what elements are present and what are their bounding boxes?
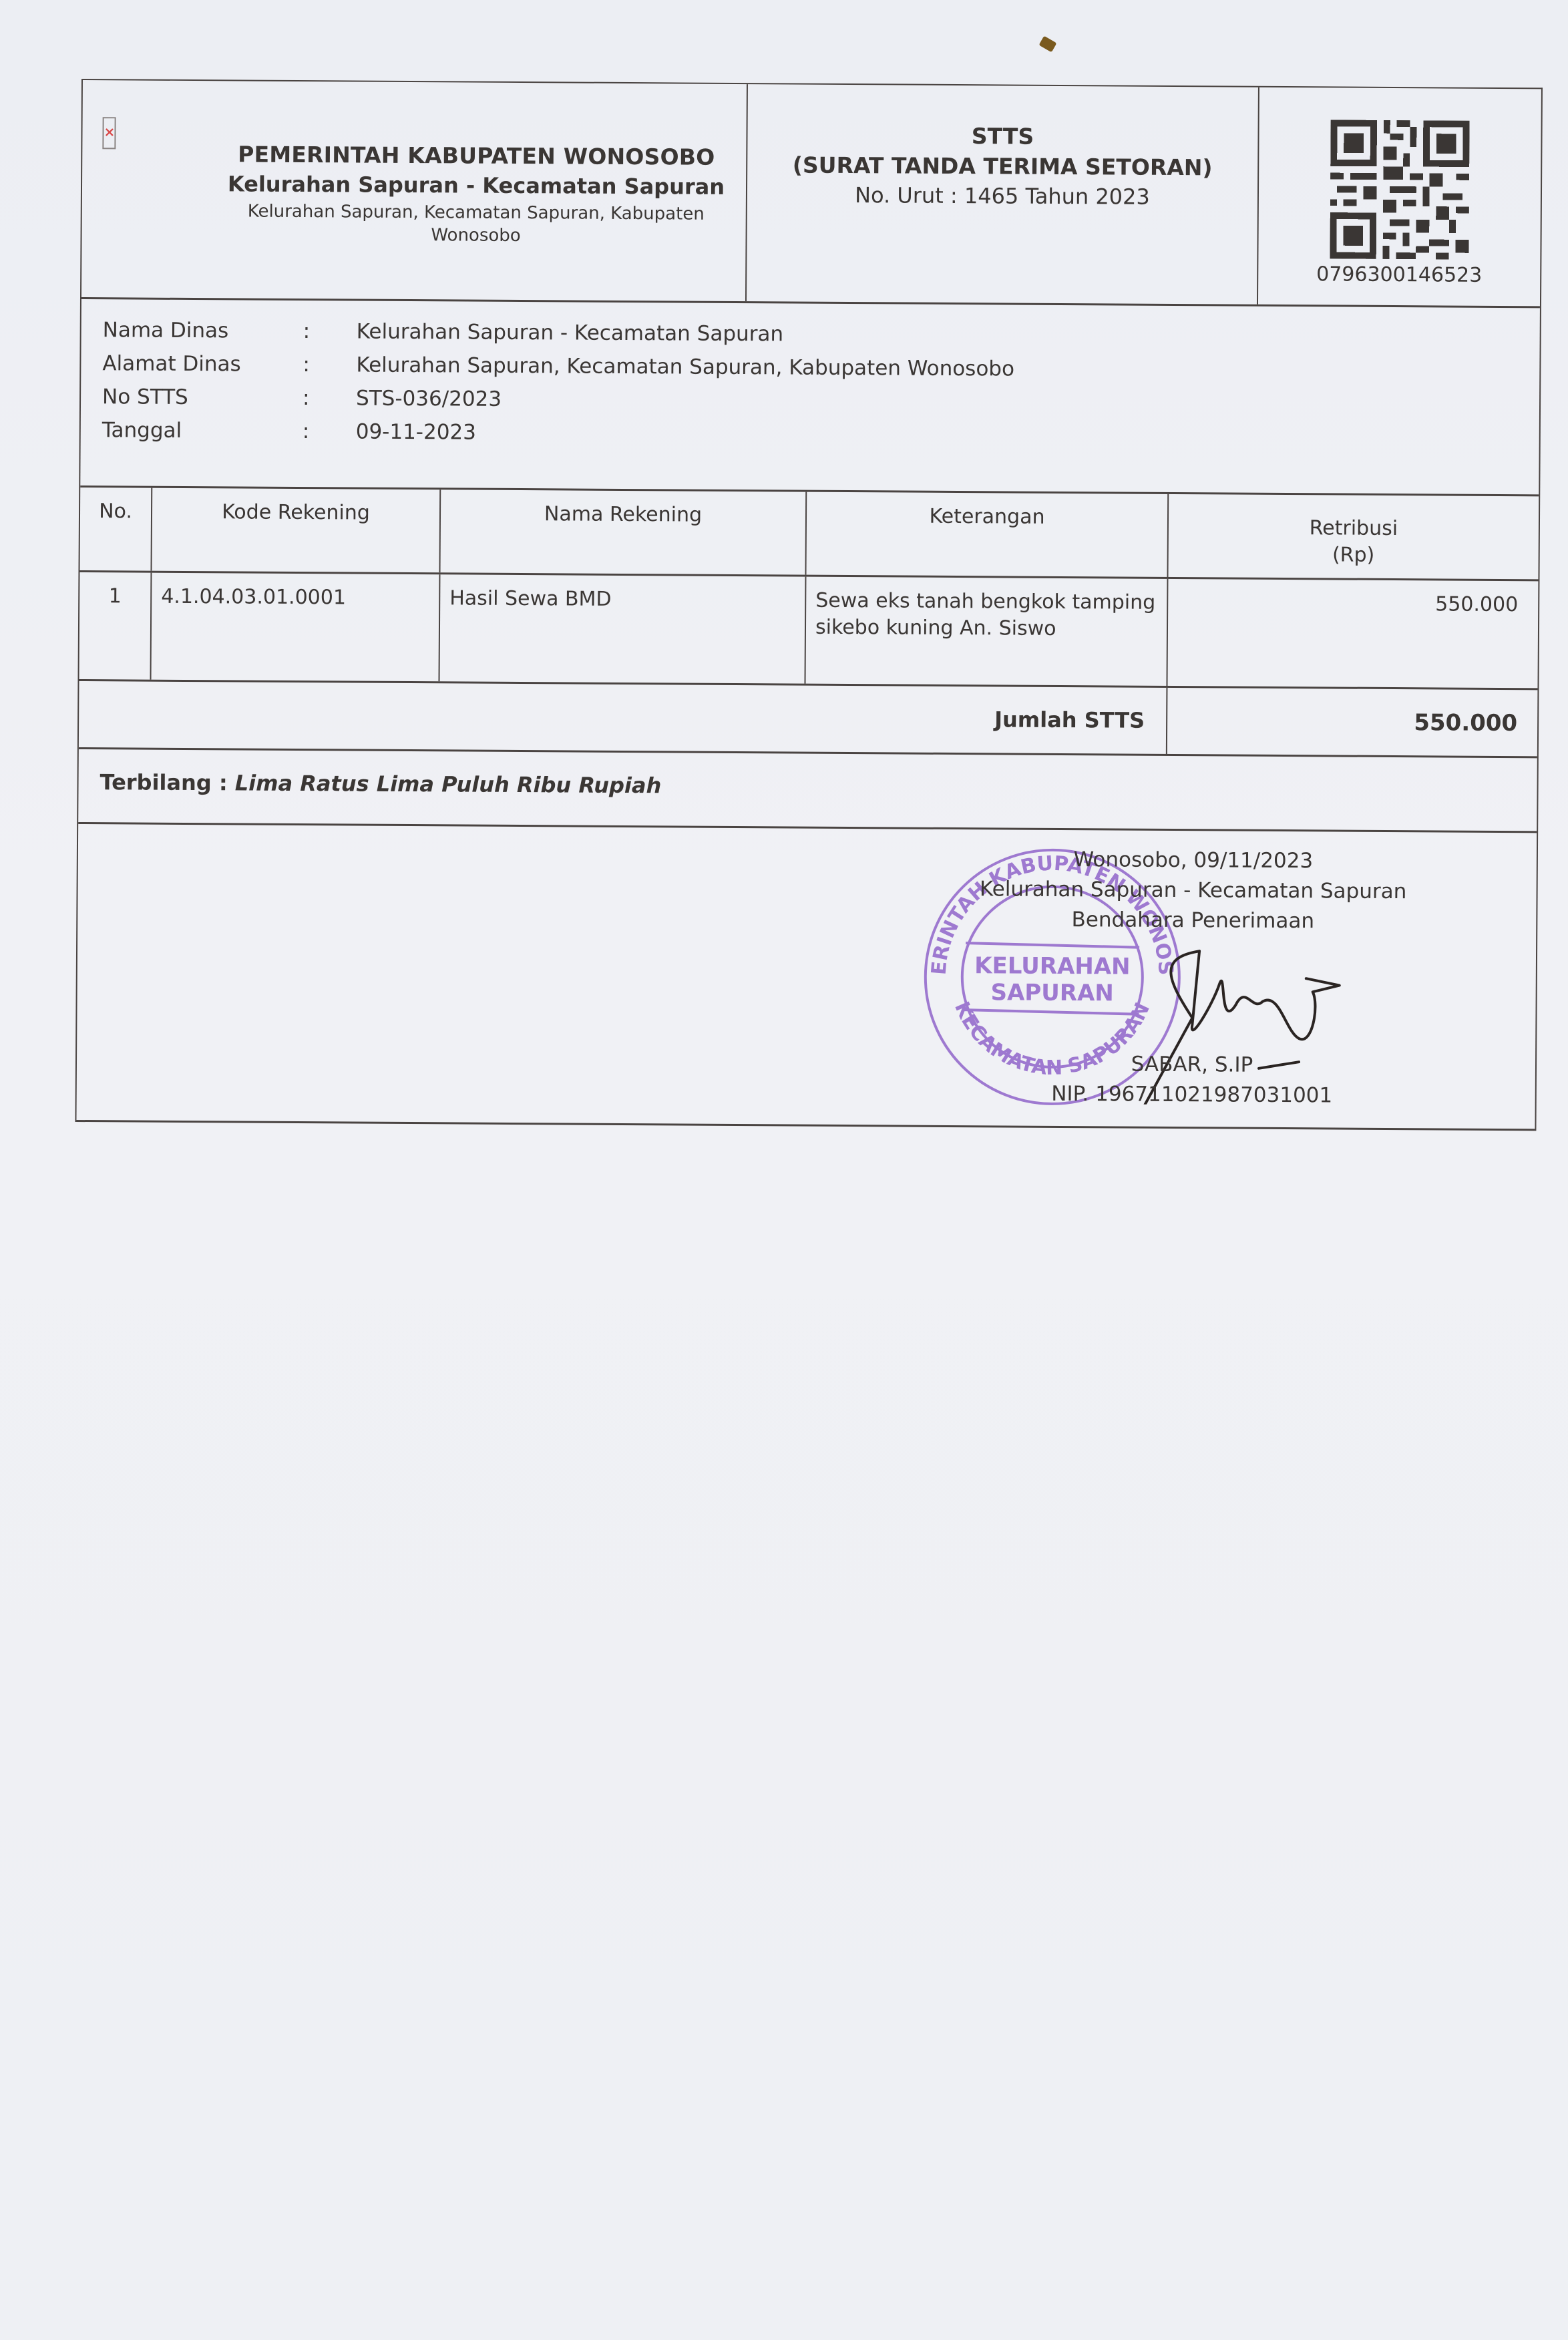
info-value: STS-036/2023 [356,387,502,421]
cell-keterangan: Sewa eks tanah bengkok tamping sikebo ku… [805,577,1168,686]
stts-document: × PEMERINTAH KABUPATEN WONOSOBO Keluraha… [75,79,1543,1131]
col-header-keterangan: Keterangan [806,492,1169,577]
signer-role: Bendahara Penerimaan [939,904,1446,938]
total-value: 550.000 [1167,688,1538,756]
doc-number: No. Urut : 1465 Tahun 2023 [747,182,1257,210]
info-label: Tanggal [102,418,303,453]
terbilang-label: Terbilang : [100,769,227,795]
info-colon: : [303,319,357,353]
info-colon: : [303,386,356,419]
signer-nip: NIP. 196711021987031001 [938,1079,1446,1112]
retribusi-unit: (Rp) [1169,541,1539,570]
cell-kode: 4.1.04.03.01.0001 [152,573,441,682]
terbilang-value: Lima Ratus Lima Puluh Ribu Rupiah [235,770,662,798]
info-colon: : [303,353,356,386]
qr-number: 0796300146523 [1258,262,1540,288]
svg-text:KELURAHAN: KELURAHAN [974,952,1131,980]
signer-office: Kelurahan Sapuran - Kecamatan Sapuran [939,874,1446,908]
signature-section: KELURAHAN SAPURAN PEMERINTAH KABUPATEN W… [76,824,1537,1131]
col-header-kode: Kode Rekening [152,488,441,573]
doc-title: (SURAT TANDA TERIMA SETORAN) [747,152,1257,181]
total-row: Jumlah STTS 550.000 [79,681,1538,758]
info-label: No STTS [102,385,303,419]
info-colon: : [303,419,356,453]
org-unit: Kelurahan Sapuran - Kecamatan Sapuran [209,171,743,200]
doc-title-block: STTS (SURAT TANDA TERIMA SETORAN) No. Ur… [747,84,1259,305]
signature-header: Wonosobo, 09/11/2023 Kelurahan Sapuran -… [939,844,1447,938]
table-row: 1 4.1.04.03.01.0001 Hasil Sewa BMD Sewa … [79,572,1538,690]
col-header-nama: Nama Rekening [440,490,807,574]
info-section: Nama Dinas : Kelurahan Sapuran - Kecamat… [80,299,1540,496]
signer-block: SABAR, S.IP NIP. 196711021987031001 [938,1048,1446,1112]
qr-block: 0796300146523 [1258,87,1541,307]
document-header: × PEMERINTAH KABUPATEN WONOSOBO Keluraha… [81,80,1541,308]
place-date: Wonosobo, 09/11/2023 [940,844,1447,877]
col-header-no: No. [80,487,153,571]
info-value: Kelurahan Sapuran - Kecamatan Sapuran [356,320,783,356]
retribusi-label: Retribusi [1169,514,1539,543]
broken-image-icon: × [102,117,116,149]
info-value: 09-11-2023 [356,420,476,454]
org-header: × PEMERINTAH KABUPATEN WONOSOBO Keluraha… [81,80,748,301]
cell-nama: Hasil Sewa BMD [439,574,806,683]
qr-code-icon [1330,120,1469,259]
amount-in-words: Terbilang : Lima Ratus Lima Puluh Ribu R… [78,749,1537,833]
doc-code: STTS [747,122,1257,151]
col-header-retribusi: Retribusi (Rp) [1168,494,1539,579]
cell-retribusi: 550.000 [1167,579,1538,688]
info-label: Nama Dinas [103,318,303,353]
total-label: Jumlah STTS [79,681,1168,754]
signer-name: SABAR, S.IP [938,1048,1446,1082]
cell-no: 1 [79,572,152,680]
info-value: Kelurahan Sapuran, Kecamatan Sapuran, Ka… [356,353,1014,391]
table-header: No. Kode Rekening Nama Rekening Keterang… [79,487,1539,581]
info-label: Alamat Dinas [102,351,303,386]
svg-text:SAPURAN: SAPURAN [990,979,1114,1006]
org-address: Kelurahan Sapuran, Kecamatan Sapuran, Ka… [208,200,743,248]
org-name: PEMERINTAH KABUPATEN WONOSOBO [209,141,743,170]
